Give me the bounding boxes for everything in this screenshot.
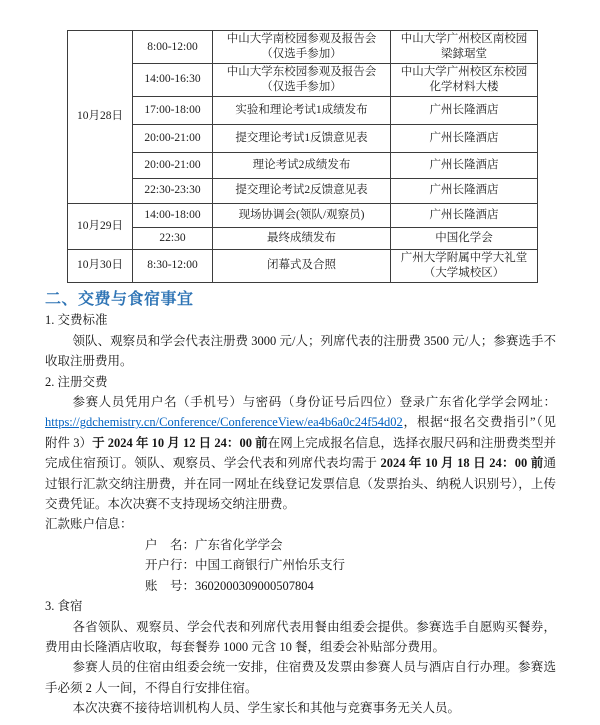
location-cell: 广州长隆酒店 <box>391 152 538 178</box>
location-cell: 广州长隆酒店 <box>391 178 538 203</box>
event-cell: 最终成绩发布 <box>213 227 391 249</box>
table-row: 14:00-16:30 中山大学东校园参观及报告会 （仅选手参加） 中山大学广州… <box>68 64 538 97</box>
location-cell: 广州长隆酒店 <box>391 203 538 227</box>
event-cell: 现场协调会(领队/观察员) <box>213 203 391 227</box>
table-row: 17:00-18:00 实验和理论考试1成绩发布 广州长隆酒店 <box>68 96 538 124</box>
fee-standard-body: 领队、观察员和学会代表注册费 3000 元/人；列席代表的注册费 3500 元/… <box>45 331 556 372</box>
table-row: 22:30 最终成绩发布 中国化学会 <box>68 227 538 249</box>
location-cell: 中山大学广州校区东校园 化学材料大楼 <box>391 64 538 97</box>
location-cell: 中山大学广州校区南校园 梁銶琚堂 <box>391 31 538 64</box>
event-cell: 理论考试2成绩发布 <box>213 152 391 178</box>
time-cell: 17:00-18:00 <box>133 96 213 124</box>
document-page: 10月28日 8:00-12:00 中山大学南校园参观及报告会 （仅选手参加） … <box>0 0 600 725</box>
registration-text-1: 参赛人员凭用户名（手机号）与密码（身份证号后四位）登录广东省化学学会网址： <box>73 395 557 409</box>
date-cell: 10月29日 <box>68 203 133 249</box>
registration-body: 参赛人员凭用户名（手机号）与密码（身份证号后四位）登录广东省化学学会网址：htt… <box>45 392 556 514</box>
table-row: 20:00-21:00 理论考试2成绩发布 广州长隆酒店 <box>68 152 538 178</box>
deadline-1-bold: 于 2024 年 10 月 12 日 24：00 前 <box>92 436 268 450</box>
event-cell: 提交理论考试2反馈意见表 <box>213 178 391 203</box>
date-cell: 10月30日 <box>68 249 133 282</box>
date-cell: 10月28日 <box>68 31 133 204</box>
event-cell: 中山大学东校园参观及报告会 （仅选手参加） <box>213 64 391 97</box>
schedule-table: 10月28日 8:00-12:00 中山大学南校园参观及报告会 （仅选手参加） … <box>67 30 538 283</box>
location-cell: 广州长隆酒店 <box>391 124 538 152</box>
event-cell: 闭幕式及合照 <box>213 249 391 282</box>
time-cell: 8:30-12:00 <box>133 249 213 282</box>
table-row: 20:00-21:00 提交理论考试1反馈意见表 广州长隆酒店 <box>68 124 538 152</box>
remittance-label: 汇款账户信息： <box>45 514 556 534</box>
account-bank: 开户行：中国工商银行广州怡乐支行 <box>145 555 556 575</box>
time-cell: 20:00-21:00 <box>133 152 213 178</box>
fee-standard-title: 1. 交费标准 <box>45 310 556 330</box>
table-row: 10月28日 8:00-12:00 中山大学南校园参观及报告会 （仅选手参加） … <box>68 31 538 64</box>
time-cell: 14:00-16:30 <box>133 64 213 97</box>
table-row: 10月30日 8:30-12:00 闭幕式及合照 广州大学附属中学大礼堂 （大学… <box>68 249 538 282</box>
table-row: 22:30-23:30 提交理论考试2反馈意见表 广州长隆酒店 <box>68 178 538 203</box>
board-paragraph-3: 本次决赛不接待培训机构人员、学生家长和其他与竞赛事务无关人员。 <box>45 698 556 718</box>
time-cell: 14:00-18:00 <box>133 203 213 227</box>
board-paragraph-2: 参赛人员的住宿由组委会统一安排，住宿费及发票由参赛人员与酒店自行办理。参赛选手必… <box>45 657 556 698</box>
section-heading: 二、交费与食宿事宜 <box>45 290 556 310</box>
document-body: 二、交费与食宿事宜 1. 交费标准 领队、观察员和学会代表注册费 3000 元/… <box>45 290 556 719</box>
time-cell: 20:00-21:00 <box>133 124 213 152</box>
location-cell: 广州长隆酒店 <box>391 96 538 124</box>
location-cell: 广州大学附属中学大礼堂 （大学城校区） <box>391 249 538 282</box>
registration-url-link[interactable]: https://gdchemistry.cn/Conference/Confer… <box>45 415 403 429</box>
time-cell: 22:30-23:30 <box>133 178 213 203</box>
account-number: 账 号：3602000309000507804 <box>145 576 556 596</box>
time-cell: 8:00-12:00 <box>133 31 213 64</box>
deadline-2-bold: 2024 年 10 月 18 日 24：00 前 <box>381 456 544 470</box>
board-title: 3. 食宿 <box>45 596 556 616</box>
account-info: 户 名：广东省化学学会 开户行：中国工商银行广州怡乐支行 账 号：3602000… <box>45 535 556 596</box>
event-cell: 实验和理论考试1成绩发布 <box>213 96 391 124</box>
location-cell: 中国化学会 <box>391 227 538 249</box>
event-cell: 中山大学南校园参观及报告会 （仅选手参加） <box>213 31 391 64</box>
table-row: 10月29日 14:00-18:00 现场协调会(领队/观察员) 广州长隆酒店 <box>68 203 538 227</box>
account-name: 户 名：广东省化学学会 <box>145 535 556 555</box>
registration-title: 2. 注册交费 <box>45 372 556 392</box>
event-cell: 提交理论考试1反馈意见表 <box>213 124 391 152</box>
time-cell: 22:30 <box>133 227 213 249</box>
board-paragraph-1: 各省领队、观察员、学会代表和列席代表用餐由组委会提供。参赛选手自愿购买餐券，费用… <box>45 617 556 658</box>
